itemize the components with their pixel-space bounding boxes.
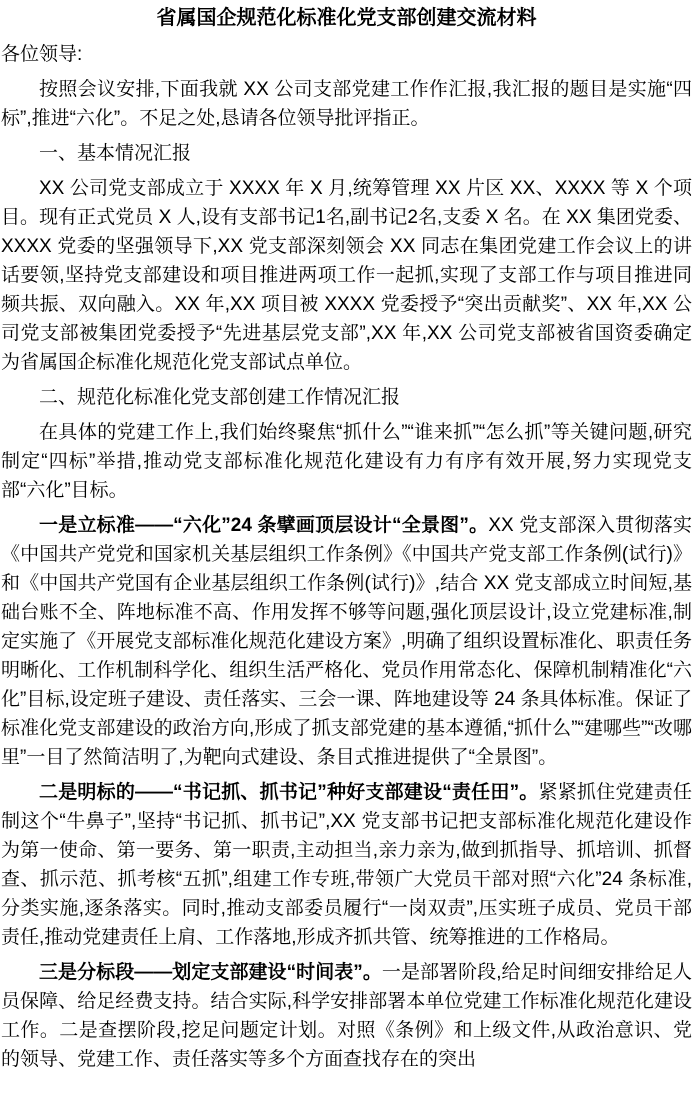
point-3-lead: 三是分标段——划定支部建设“时间表”。: [39, 962, 382, 983]
point-1-lead: 一是立标准——“六化”24 条擘画顶层设计“全景图”。: [39, 515, 488, 536]
point-2-body: 紧紧抓住党建责任制这个“牛鼻子”,坚持“书记抓、抓书记”,XX 党支部书记把支部…: [1, 782, 692, 948]
point-1-body: XX 党支部深入贯彻落实《中国共产党党和国家机关基层组织工作条例》《中国共产党支…: [1, 515, 692, 768]
intro-paragraph: 按照会议安排,下面我就 XX 公司支部党建工作作汇报,我汇报的题目是实施“四标”…: [1, 75, 692, 133]
point-2-paragraph: 二是明标的——“书记抓、抓书记”种好支部建设“责任田”。紧紧抓住党建责任制这个“…: [1, 778, 692, 952]
point-3-paragraph: 三是分标段——划定支部建设“时间表”。一是部署阶段,给足时间细安排给足人员保障、…: [1, 958, 692, 1074]
point-1-paragraph: 一是立标准——“六化”24 条擘画顶层设计“全景图”。XX 党支部深入贯彻落实《…: [1, 511, 692, 772]
section1-heading: 一、基本情况汇报: [1, 139, 692, 168]
document-page: 省属国企规范化标准化党支部创建交流材料 各位领导: 按照会议安排,下面我就 XX…: [0, 0, 693, 1074]
document-title: 省属国企规范化标准化党支部创建交流材料: [1, 4, 692, 33]
section2-intro-paragraph: 在具体的党建工作上,我们始终聚焦“抓什么”“谁来抓”“怎么抓”等关键问题,研究制…: [1, 418, 692, 505]
point-2-lead: 二是明标的——“书记抓、抓书记”种好支部建设“责任田”。: [39, 782, 539, 803]
section1-paragraph: XX 公司党支部成立于 XXXX 年 X 月,统筹管理 XX 片区 XX、XXX…: [1, 174, 692, 377]
section2-heading: 二、规范化标准化党支部创建工作情况汇报: [1, 383, 692, 412]
salutation: 各位领导:: [1, 40, 692, 69]
